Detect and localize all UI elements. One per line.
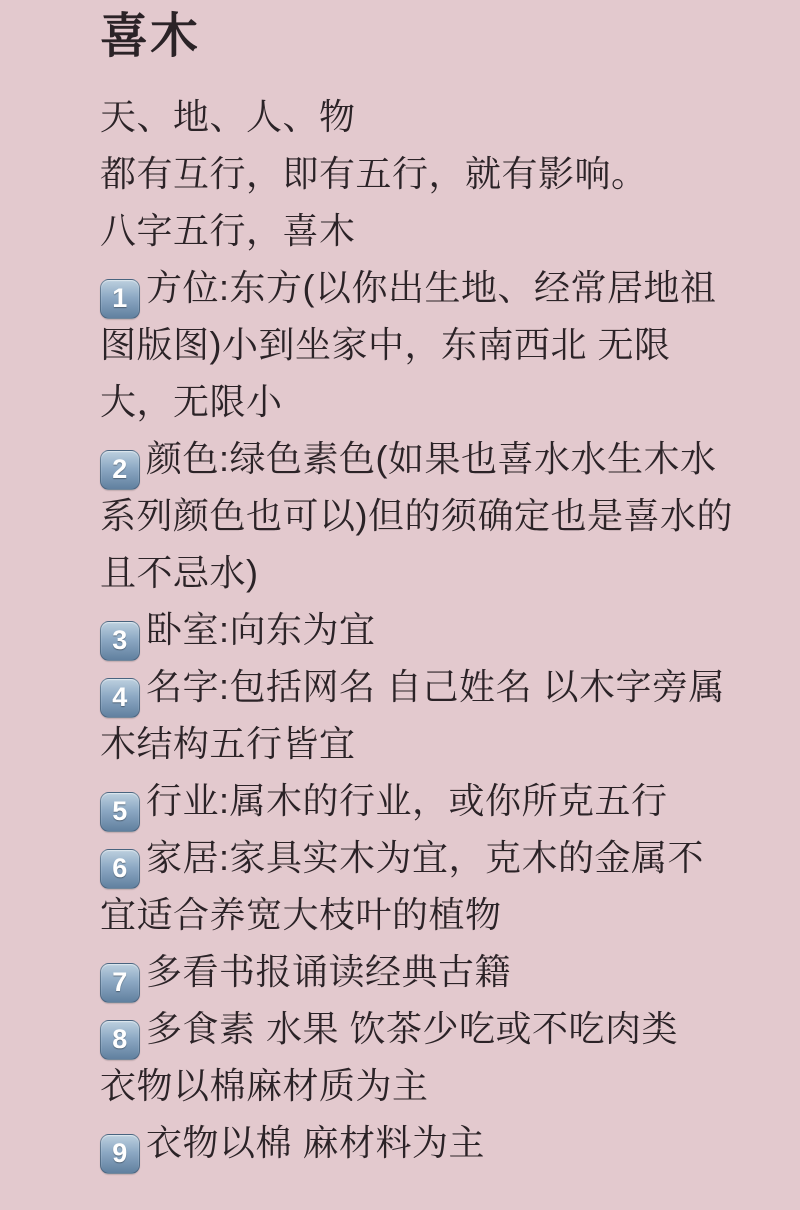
keycap-5-icon: 5 — [100, 792, 140, 832]
keycap-7-icon: 7 — [100, 963, 140, 1003]
item-2-line-2: 系列颜色也可以)但的须确定也是喜水的 — [100, 487, 740, 544]
list-item-2: 2颜色:绿色素色(如果也喜水水生木水 系列颜色也可以)但的须确定也是喜水的 且不… — [100, 430, 740, 601]
list-item-1: 1方位:东方(以你出生地、经常居地祖 图版图)小到坐家中，东南西北 无限 大，无… — [100, 259, 740, 430]
item-1-line-1: 1方位:东方(以你出生地、经常居地祖 — [100, 259, 740, 316]
keycap-2-icon: 2 — [100, 450, 140, 490]
keycap-9-icon: 9 — [100, 1134, 140, 1174]
keycap-3-icon: 3 — [100, 621, 140, 661]
item-4-line-2: 木结构五行皆宜 — [100, 715, 740, 772]
item-7-text: 多看书报诵读经典古籍 — [146, 951, 511, 992]
item-6-line-2: 宜适合养宽大枝叶的植物 — [100, 886, 740, 943]
list-item-5: 5行业:属木的行业，或你所克五行 — [100, 772, 740, 829]
item-1-text: 方位:东方(以你出生地、经常居地祖 — [146, 267, 717, 308]
keycap-8-icon: 8 — [100, 1020, 140, 1060]
item-1-line-3: 大，无限小 — [100, 373, 740, 430]
list-item-4: 4名字:包括网名 自己姓名 以木字旁属 木结构五行皆宜 — [100, 658, 740, 772]
item-8-text: 多食素 水果 饮茶少吃或不吃肉类 — [146, 1008, 678, 1049]
list-item-3: 3卧室:向东为宜 — [100, 601, 740, 658]
item-7-line-1: 7多看书报诵读经典古籍 — [100, 943, 740, 1000]
item-3-text: 卧室:向东为宜 — [146, 609, 376, 650]
list-item-7: 7多看书报诵读经典古籍 — [100, 943, 740, 1000]
item-8-line-1: 8多食素 水果 饮茶少吃或不吃肉类 — [100, 1000, 740, 1057]
page-title: 喜木 — [100, 6, 740, 68]
item-2-line-1: 2颜色:绿色素色(如果也喜水水生木水 — [100, 430, 740, 487]
keycap-6-icon: 6 — [100, 849, 140, 889]
item-9-text: 衣物以棉 麻材料为主 — [146, 1122, 485, 1163]
intro-line-2: 都有互行，即有五行，就有影响。 — [100, 145, 740, 202]
keycap-4-icon: 4 — [100, 678, 140, 718]
item-6-text: 家居:家具实木为宜，克木的金属不 — [146, 837, 704, 878]
item-5-line-1: 5行业:属木的行业，或你所克五行 — [100, 772, 740, 829]
item-8-line-2: 衣物以棉麻材质为主 — [100, 1057, 740, 1114]
item-6-line-1: 6家居:家具实木为宜，克木的金属不 — [100, 829, 740, 886]
item-3-line-1: 3卧室:向东为宜 — [100, 601, 740, 658]
list-item-9: 9衣物以棉 麻材料为主 — [100, 1114, 740, 1171]
item-2-text: 颜色:绿色素色(如果也喜水水生木水 — [146, 438, 717, 479]
item-2-line-3: 且不忌水) — [100, 544, 740, 601]
intro-line-1: 天、地、人、物 — [100, 88, 740, 145]
item-5-text: 行业:属木的行业，或你所克五行 — [146, 780, 668, 821]
keycap-1-icon: 1 — [100, 279, 140, 319]
item-1-line-2: 图版图)小到坐家中，东南西北 无限 — [100, 316, 740, 373]
item-4-text: 名字:包括网名 自己姓名 以木字旁属 — [146, 666, 725, 707]
intro-line-3: 八字五行，喜木 — [100, 202, 740, 259]
list-item-6: 6家居:家具实木为宜，克木的金属不 宜适合养宽大枝叶的植物 — [100, 829, 740, 943]
post-image: 喜木 天、地、人、物 都有互行，即有五行，就有影响。 八字五行，喜木 1方位:东… — [0, 0, 800, 1210]
list-item-8: 8多食素 水果 饮茶少吃或不吃肉类 衣物以棉麻材质为主 — [100, 1000, 740, 1114]
item-9-line-1: 9衣物以棉 麻材料为主 — [100, 1114, 740, 1171]
item-4-line-1: 4名字:包括网名 自己姓名 以木字旁属 — [100, 658, 740, 715]
